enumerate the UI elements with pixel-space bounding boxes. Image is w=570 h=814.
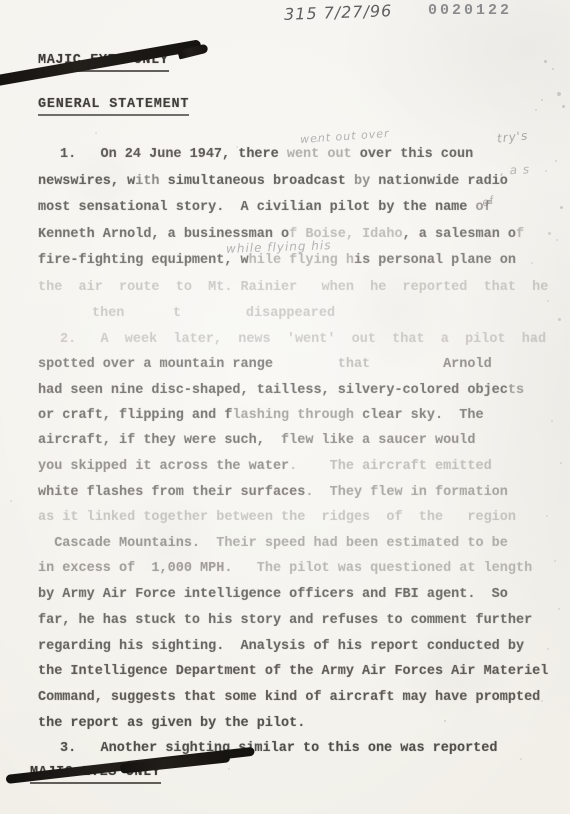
paper-speck: [552, 68, 554, 70]
handwritten-annotation: try's: [496, 128, 529, 145]
typed-text-segment: spotted over a mountain range: [38, 357, 281, 372]
handwritten-annotation: , a s: [500, 162, 531, 178]
typed-line: the report as given by the pilot.: [38, 716, 305, 731]
typed-line: 1. On 24 June 1947, there went out over …: [60, 147, 473, 162]
paper-speck: [558, 318, 561, 321]
paper-speck: [551, 420, 553, 422]
typed-text-segment: the Intelligence Department of the Army …: [38, 664, 548, 679]
paper-speck: [560, 206, 563, 209]
typed-line: you skipped it across the water. The air…: [38, 459, 492, 474]
typed-text-segment: by Army Air Force intelligence officers …: [38, 587, 508, 602]
handwritten-annotation: went out over: [300, 127, 390, 146]
typed-line: 3. Another sighting similar to this one …: [60, 741, 497, 756]
paper-speck: [547, 648, 549, 650]
typed-text-segment: . The aircraft emitted: [289, 459, 492, 474]
typed-line: newswires, with simultaneous broadcast b…: [38, 174, 508, 189]
paper-speck: [541, 99, 543, 101]
typed-line: Command, suggests that some kind of airc…: [38, 690, 540, 705]
typed-line: regarding his sighting. Analysis of his …: [38, 639, 524, 654]
paper-speck: [10, 500, 12, 502]
typed-text-segment: white flashes from their surfaces: [38, 485, 305, 500]
typed-line: white flashes from their surfaces. They …: [38, 485, 508, 500]
typed-text-segment: clear sky. The: [354, 408, 484, 423]
typed-text-segment: then t disappeared: [92, 306, 335, 321]
typed-text-segment: in excess of 1,000 MPH.: [38, 561, 232, 576]
page-title: GENERAL STATEMENT: [38, 97, 189, 116]
paper-speck: [545, 170, 547, 172]
paper-speck: [541, 700, 543, 702]
handwritten-annotation: of: [480, 194, 496, 210]
typed-line: fire-fighting equipment, while flying hi…: [38, 253, 516, 268]
typed-text-segment: as it linked together between the ridges…: [38, 510, 516, 525]
typed-line: 2. A week later, news 'went' out that a …: [60, 332, 546, 347]
typed-text-segment: . They flew in formation: [305, 485, 508, 500]
typed-line: as it linked together between the ridges…: [38, 510, 516, 525]
typed-text-segment: had seen nine disc-shaped, tailless, sil…: [38, 383, 508, 398]
paper-speck: [554, 560, 556, 562]
typed-text-segment: simultaneous broadcast: [160, 174, 354, 189]
typed-text-segment: went out: [287, 147, 360, 162]
stamp-number: 0020122: [428, 2, 512, 19]
paper-speck: [535, 109, 537, 111]
typed-line: spotted over a mountain range that Arnol…: [38, 357, 492, 372]
typed-line: in excess of 1,000 MPH. The pilot was qu…: [38, 561, 532, 576]
typed-text-segment: lashing through: [232, 408, 354, 423]
typed-text-segment: over this coun: [360, 147, 473, 162]
typed-text-segment: newswires, w: [38, 174, 135, 189]
typed-line: by Army Air Force intelligence officers …: [38, 587, 508, 602]
paper-speck: [548, 232, 551, 235]
paper-speck: [555, 160, 557, 162]
typed-text-segment: most sensational story. A civilian pilot…: [38, 200, 475, 215]
typed-text-segment: hile flying h: [249, 253, 354, 268]
typed-text-segment: The pilot was questioned at length: [232, 561, 532, 576]
typed-text-segment: regarding his sighting. Analysis of his …: [38, 639, 524, 654]
handwritten-date: 315 7/27/96: [284, 1, 393, 24]
typed-line: Cascade Mountains. Their speed had been …: [38, 536, 508, 551]
typed-text-segment: you skipped it across the water: [38, 459, 289, 474]
typed-line: the Intelligence Department of the Army …: [38, 664, 548, 679]
paper-speck: [562, 105, 565, 108]
typed-text-segment: fire-fighting equipment, w: [38, 253, 249, 268]
typed-text-segment: or craft, flipping and f: [38, 408, 232, 423]
paper-speck: [547, 300, 549, 302]
document-page: 315 7/27/96 0020122 MAJIC EYES ONLY GENE…: [0, 0, 570, 814]
typed-text-segment: ts: [508, 383, 524, 398]
typed-text-segment: the report as given by the pilot.: [38, 716, 305, 731]
paper-speck: [444, 720, 446, 722]
paper-speck: [95, 132, 97, 134]
paper-speck: [531, 262, 533, 264]
typed-text-segment: ith: [135, 174, 159, 189]
typed-line: had seen nine disc-shaped, tailless, sil…: [38, 383, 524, 398]
paper-speck: [546, 515, 548, 517]
paper-speck: [558, 608, 560, 610]
typed-text-segment: Kenneth Arnold, a businessman o: [38, 227, 289, 242]
paper-speck: [544, 60, 547, 63]
typed-text-segment: Their speed had been estimated to be: [200, 536, 508, 551]
typed-text-segment: 2. A week later, news 'went' out that a …: [60, 332, 546, 347]
typed-line: then t disappeared: [92, 306, 335, 321]
typed-line: aircraft, if they were such, flew like a…: [38, 433, 475, 448]
typed-line: or craft, flipping and flashing through …: [38, 408, 484, 423]
paper-speck: [557, 92, 561, 96]
typed-text-segment: Command, suggests that some kind of airc…: [38, 690, 540, 705]
paper-speck: [556, 239, 558, 241]
typed-text-segment: the air route to Mt. Rainier when he rep…: [38, 280, 548, 295]
typed-line: far, he has stuck to his story and refus…: [38, 613, 532, 628]
typed-text-segment: nationwide radio: [370, 174, 508, 189]
typed-text-segment: 1. On 24 June 1947, there: [60, 147, 287, 162]
typed-text-segment: is personal plane on: [354, 253, 516, 268]
paper-speck: [520, 758, 522, 760]
typed-text-segment: aircraft, if they were such,: [38, 433, 265, 448]
typed-line: the air route to Mt. Rainier when he rep…: [38, 280, 548, 295]
typed-line: most sensational story. A civilian pilot…: [38, 200, 492, 215]
paper-speck: [560, 462, 562, 464]
typed-text-segment: flew like a saucer would: [265, 433, 476, 448]
typed-text-segment: Arnold: [427, 357, 492, 372]
strikethrough-mark: [0, 39, 202, 87]
typed-text-segment: that: [281, 357, 427, 372]
typed-text-segment: by: [354, 174, 370, 189]
typed-text-segment: Cascade Mountains.: [38, 536, 200, 551]
paper-speck: [228, 768, 230, 770]
typed-text-segment: far, he has stuck to his story and refus…: [38, 613, 532, 628]
typed-text-segment: f: [516, 227, 524, 242]
typed-text-segment: , a salesman o: [403, 227, 516, 242]
typed-text-segment: 3. Another sighting similar to this one …: [60, 741, 497, 756]
